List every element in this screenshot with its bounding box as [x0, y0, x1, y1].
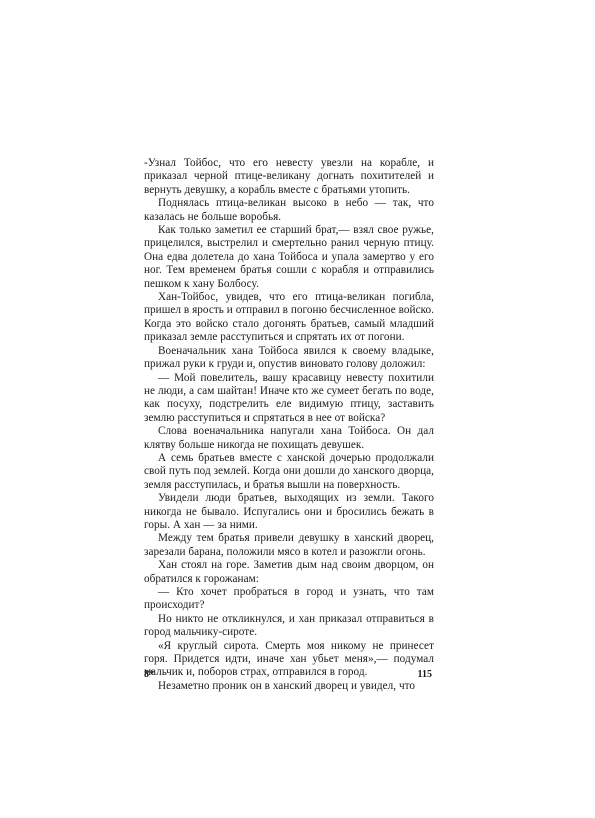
- paragraph: — Мой повелитель, вашу красавицу невесту…: [144, 372, 434, 426]
- paragraph: Хан-Тойбос, увидев, что его птица-велика…: [144, 291, 434, 345]
- paragraph: -Узнал Тойбос, что его невесту увезли на…: [144, 157, 434, 197]
- paragraph: Военачальник хана Тойбоса явился к своем…: [144, 345, 434, 372]
- paragraph: Но никто не откликнулся, и хан приказал …: [144, 613, 434, 640]
- paragraph: Хан стоял на горе. Заметив дым над своим…: [144, 559, 434, 586]
- paragraph: А семь братьев вместе с ханской дочерью …: [144, 452, 434, 492]
- paragraph: «Я круглый сирота. Смерть моя никому не …: [144, 640, 434, 680]
- page-body: -Узнал Тойбос, что его невесту увезли на…: [144, 157, 434, 693]
- paragraph: — Кто хочет пробраться в город и узнать,…: [144, 586, 434, 613]
- paragraph: Как только заметил ее старший брат,— взя…: [144, 224, 434, 291]
- paragraph: Поднялась птица-великан высоко в небо — …: [144, 197, 434, 224]
- paragraph: Увидели люди братьев, выходящих из земли…: [144, 492, 434, 532]
- page-number: 115: [418, 669, 432, 680]
- paragraph: Между тем братья привели девушку в ханск…: [144, 532, 434, 559]
- paragraph: Незаметно проник он в ханский дворец и у…: [144, 680, 434, 693]
- paragraph: Слова военачальника напугали хана Тойбос…: [144, 425, 434, 452]
- signature-mark: 8*: [144, 669, 154, 680]
